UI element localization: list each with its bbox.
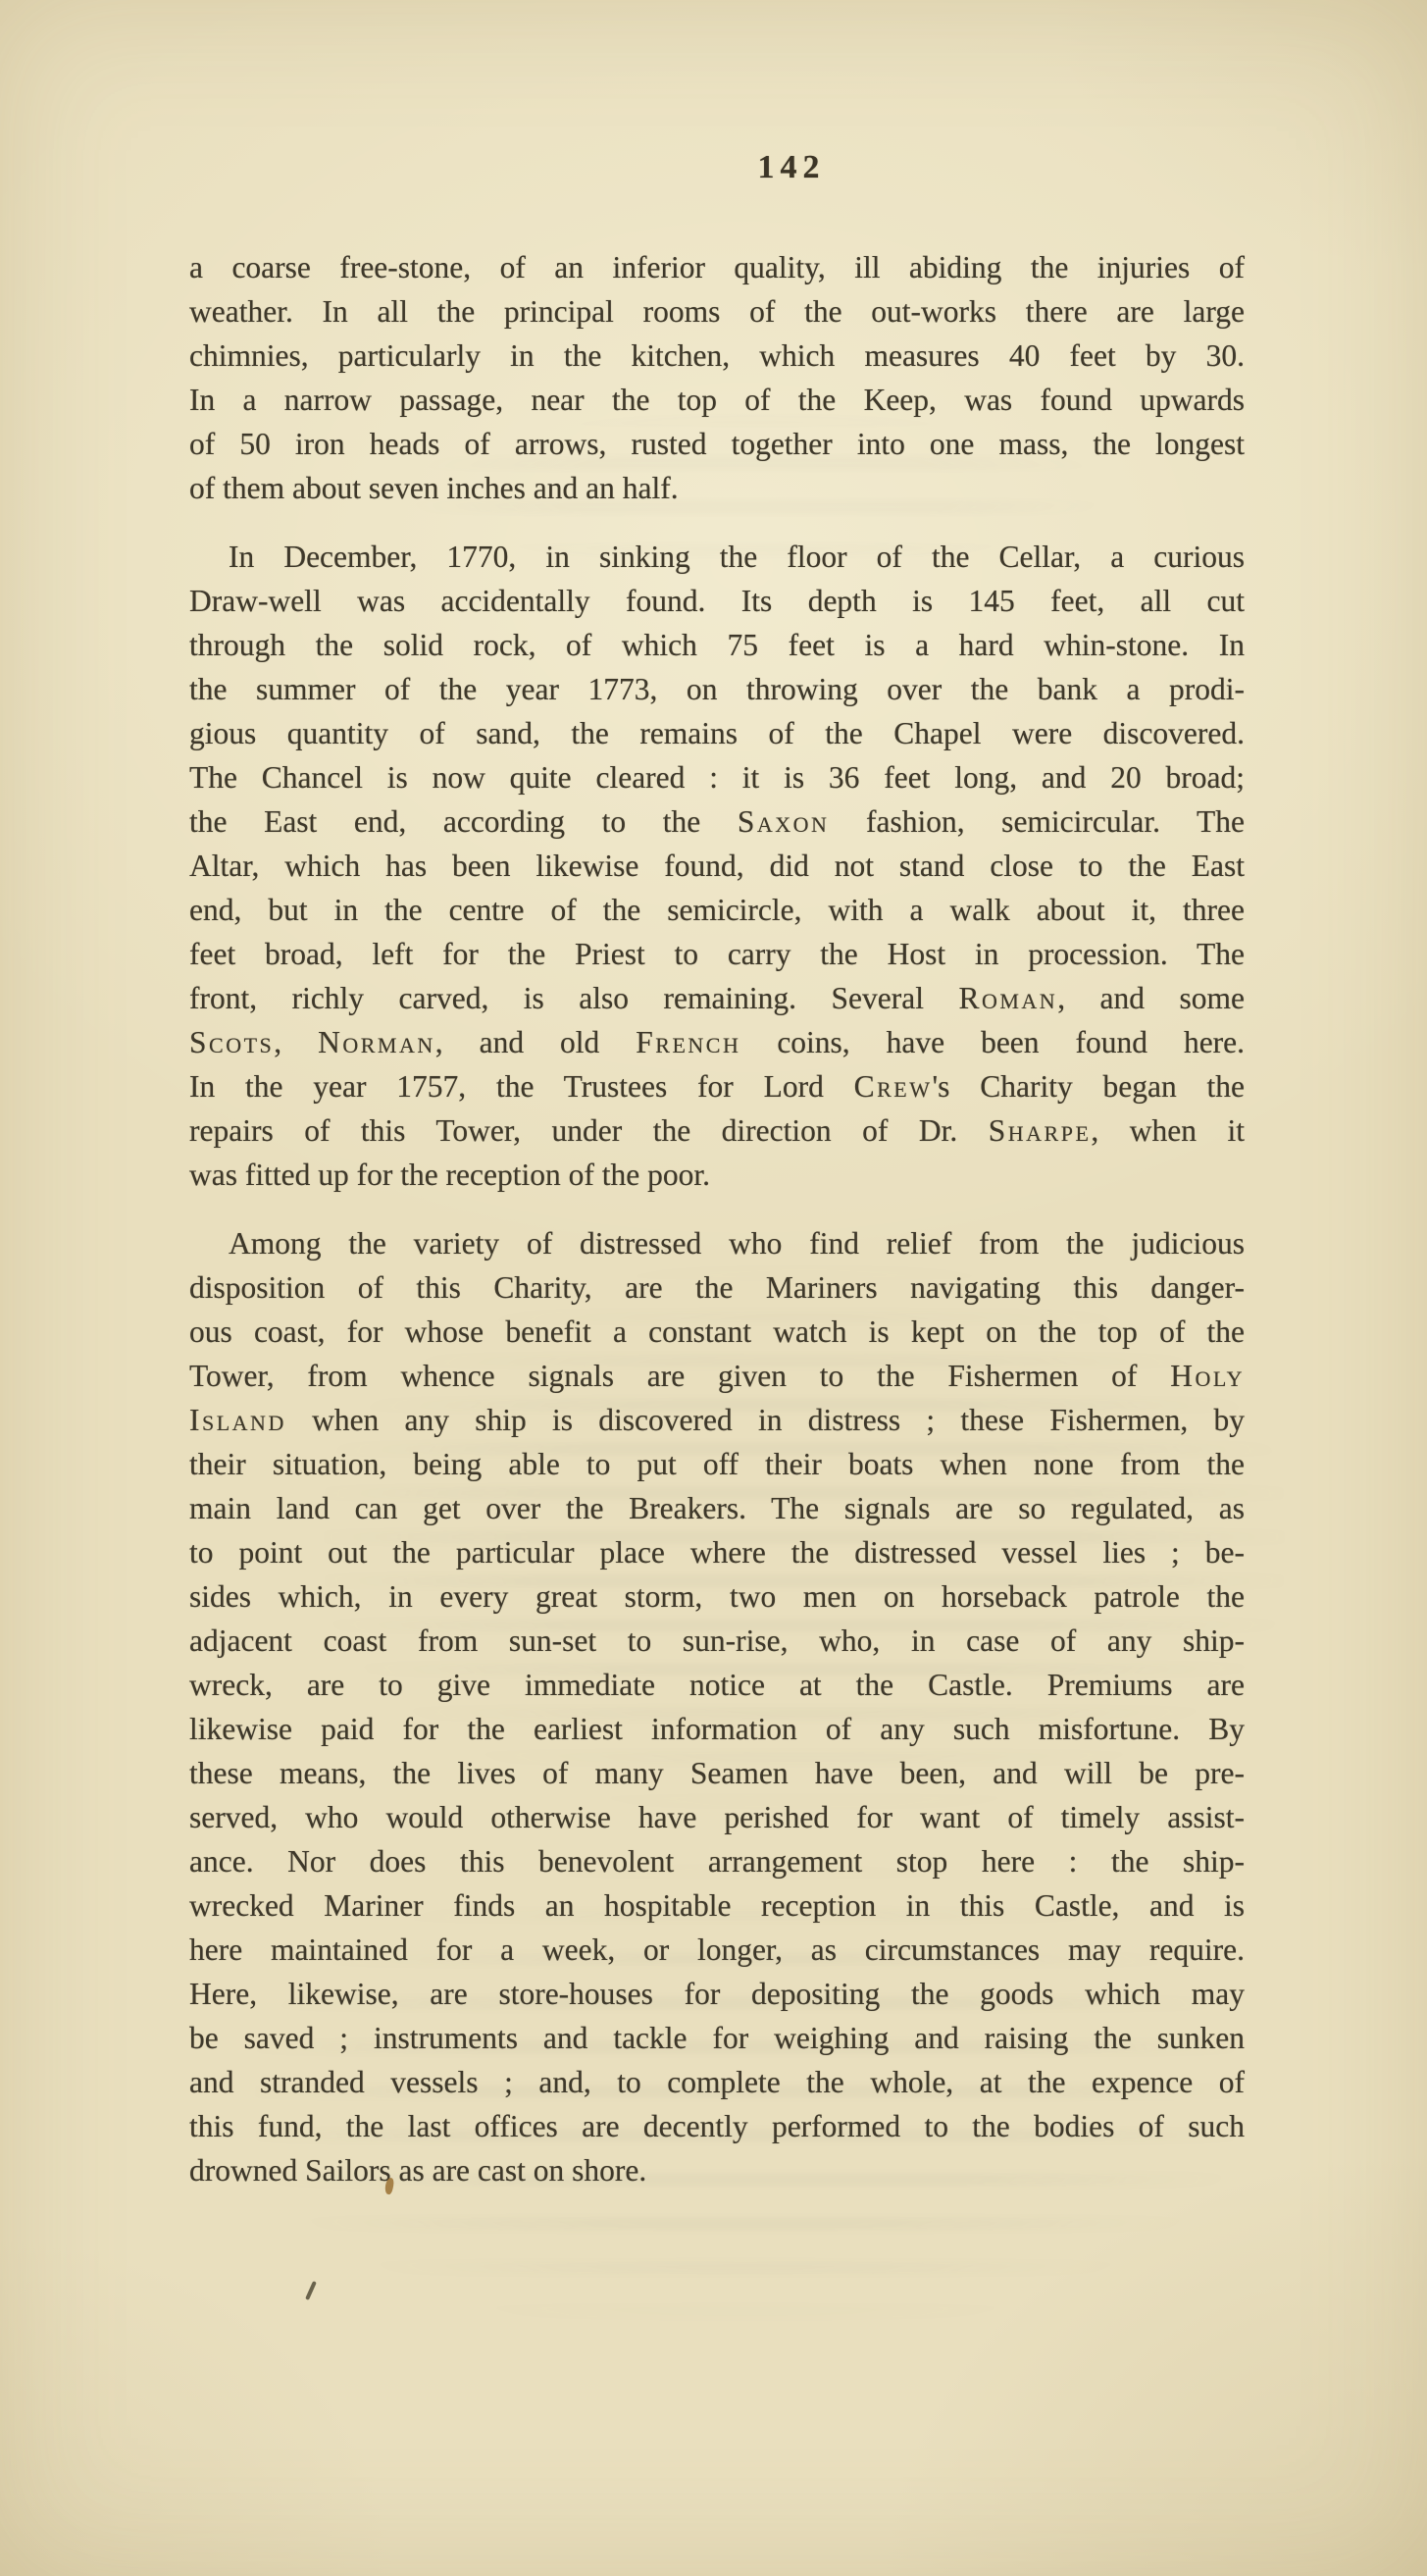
text-line: Island when any ship is discovered in di… [189, 1398, 1245, 1442]
text-line: through the solid rock, of which 75 feet… [189, 623, 1245, 667]
text-line: sides which, in every great storm, two m… [189, 1574, 1245, 1619]
small-caps-word: Holy [1170, 1359, 1245, 1393]
text-line: wrecked Mariner finds an hospitable rece… [189, 1883, 1245, 1928]
text-line: the summer of the year 1773, on throwing… [189, 667, 1245, 711]
text-line: served, who would otherwise have perishe… [189, 1795, 1245, 1839]
text-line: adjacent coast from sun-set to sun-rise,… [189, 1619, 1245, 1663]
text-line: repairs of this Tower, under the directi… [189, 1108, 1245, 1153]
paragraph: a coarse free-stone, of an inferior qual… [189, 245, 1245, 510]
paragraph: Among the variety of distressed who find… [189, 1221, 1245, 2192]
text-line: Tower, from whence signals are given to … [189, 1354, 1245, 1398]
small-caps-word: Roman [958, 981, 1057, 1015]
small-caps-word: Crew [854, 1069, 933, 1104]
small-caps-word: Island [189, 1403, 286, 1437]
paragraph: In December, 1770, in sinking the floor … [189, 535, 1245, 1197]
text-line: the East end, according to the Saxon fas… [189, 799, 1245, 844]
text-line: weather. In all the principal rooms of t… [189, 289, 1245, 334]
text-line: likewise paid for the earliest informati… [189, 1707, 1245, 1751]
text-line: ous coast, for whose benefit a constant … [189, 1310, 1245, 1354]
small-caps-word: Norman [318, 1025, 435, 1059]
text-line: Altar, which has been likewise found, di… [189, 844, 1245, 888]
text-line: feet broad, left for the Priest to carry… [189, 932, 1245, 976]
small-caps-word: Scots [189, 1025, 274, 1059]
text-line: gious quantity of sand, the remains of t… [189, 711, 1245, 755]
text-line: The Chancel is now quite cleared : it is… [189, 755, 1245, 799]
text-line: main land can get over the Breakers. The… [189, 1486, 1245, 1530]
text-line: of them about seven inches and an half. [189, 466, 1245, 510]
text-line: Among the variety of distressed who find… [189, 1221, 1245, 1265]
text-line: Scots, Norman, and old French coins, hav… [189, 1020, 1245, 1064]
text-line: a coarse free-stone, of an inferior qual… [189, 245, 1245, 289]
text-line: Here, likewise, are store-houses for dep… [189, 1972, 1245, 2016]
text-line: this fund, the last offices are decently… [189, 2104, 1245, 2148]
text-line: disposition of this Charity, are the Mar… [189, 1265, 1245, 1310]
text-line: and stranded vessels ; and, to complete … [189, 2060, 1245, 2104]
text-line: to point out the particular place where … [189, 1530, 1245, 1574]
book-page: 142 a coarse free-stone, of an inferior … [0, 0, 1427, 2576]
text-line: ance. Nor does this benevolent arrangeme… [189, 1839, 1245, 1883]
text-line: chimnies, particularly in the kitchen, w… [189, 334, 1245, 378]
text-block: a coarse free-stone, of an inferior qual… [189, 245, 1245, 2192]
text-line: end, but in the centre of the semicircle… [189, 888, 1245, 932]
text-line: of 50 iron heads of arrows, rusted toget… [189, 422, 1245, 466]
text-line: front, richly carved, is also remaining.… [189, 976, 1245, 1020]
text-line: here maintained for a week, or longer, a… [189, 1928, 1245, 1972]
page-number: 142 [758, 149, 826, 185]
text-line: In December, 1770, in sinking the floor … [189, 535, 1245, 579]
text-line: their situation, being able to put off t… [189, 1442, 1245, 1486]
text-line: be saved ; instruments and tackle for we… [189, 2016, 1245, 2060]
small-caps-word: French [636, 1025, 740, 1059]
small-caps-word: Saxon [738, 804, 830, 839]
text-line: drowned Sailors as are cast on shore. [189, 2148, 1245, 2192]
text-line: In the year 1757, the Trustees for Lord … [189, 1064, 1245, 1108]
small-caps-word: Sharpe [989, 1113, 1092, 1148]
text-line: In a narrow passage, near the top of the… [189, 378, 1245, 422]
text-line: was fitted up for the reception of the p… [189, 1153, 1245, 1197]
text-line: these means, the lives of many Seamen ha… [189, 1751, 1245, 1795]
text-line: Draw-well was accidentally found. Its de… [189, 579, 1245, 623]
text-line: wreck, are to give immediate notice at t… [189, 1663, 1245, 1707]
page-header: 142 [189, 149, 1245, 186]
